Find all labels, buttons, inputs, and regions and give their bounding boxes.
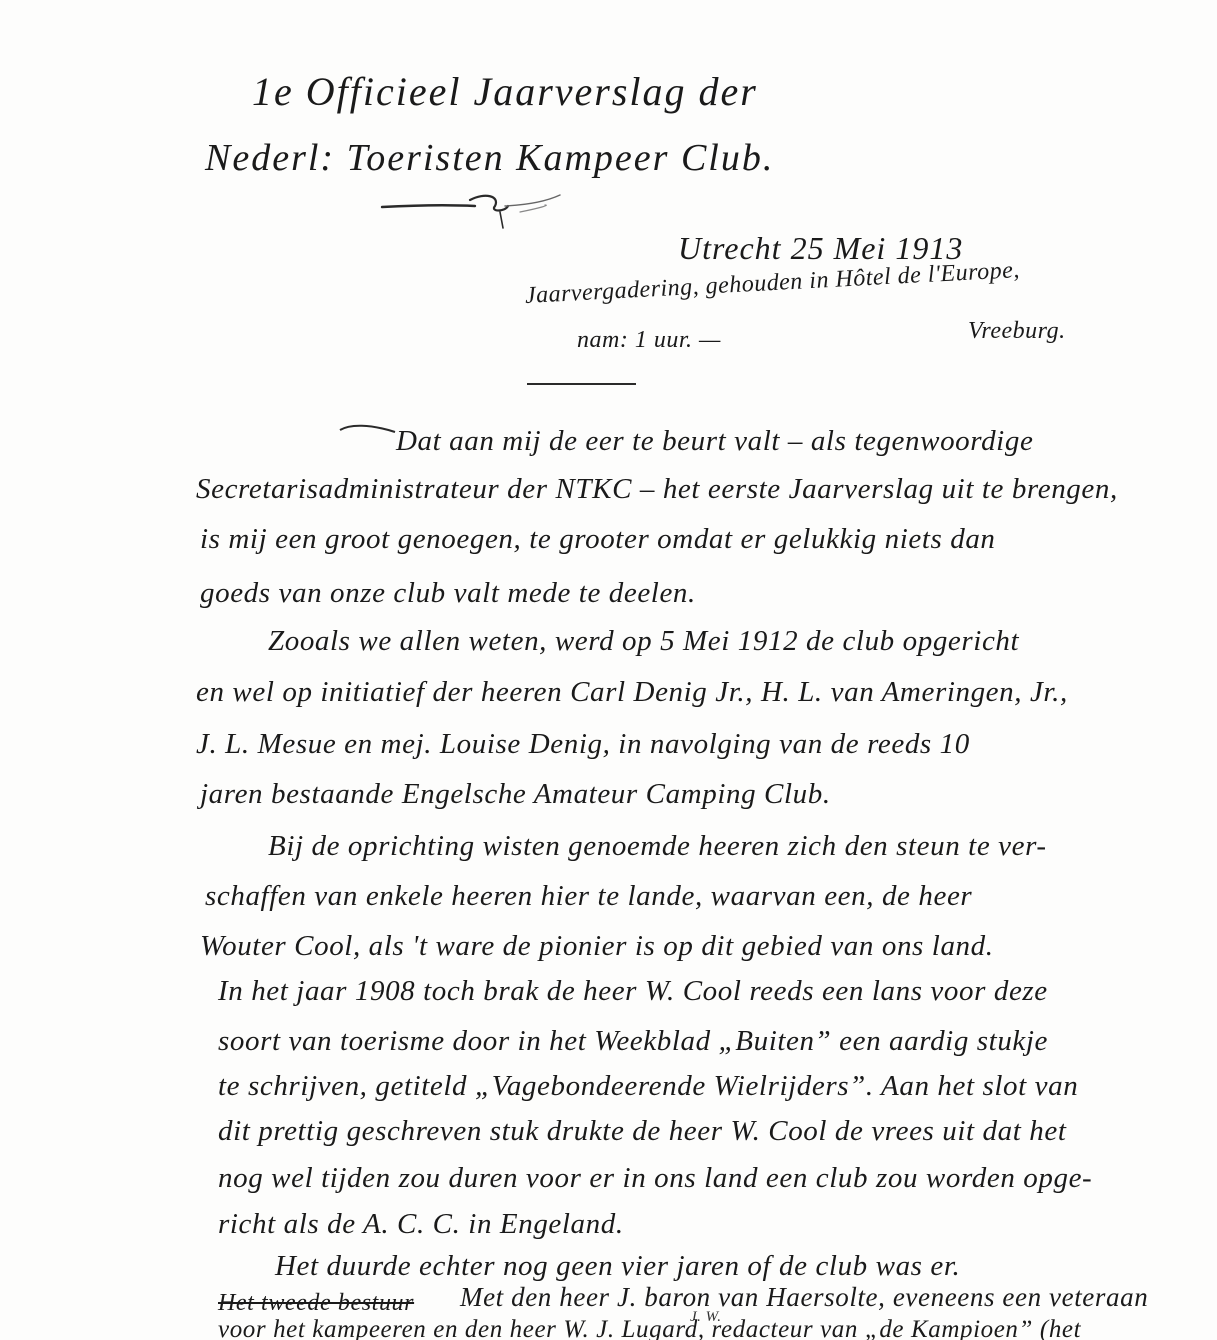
text-line: voor het kampeeren en den heer W. J. Lug…: [218, 1316, 1081, 1340]
text-line: Met den heer J. baron van Haersolte, eve…: [460, 1282, 1148, 1313]
text-line: J. L. Mesue en mej. Louise Denig, in nav…: [196, 728, 970, 761]
text-line: Het duurde echter nog geen vier jaren of…: [275, 1250, 960, 1283]
text-line: schaffen van enkele heeren hier te lande…: [205, 880, 972, 913]
text-line: jaren bestaande Engelsche Amateur Campin…: [200, 778, 831, 811]
text-line: Dat aan mij de eer te beurt valt – als t…: [396, 425, 1033, 458]
struck-through-text: Het tweede bestuur: [218, 1290, 414, 1317]
document-title: 1e Officieel Jaarverslag der: [252, 68, 758, 115]
text-line: richt als de A. C. C. in Engeland.: [218, 1208, 624, 1241]
text-line: is mij een groot genoegen, te grooter om…: [200, 523, 996, 556]
scanned-document-page: 1e Officieel Jaarverslag der Nederl: Toe…: [0, 0, 1217, 1340]
text-line: soort van toerisme door in het Weekblad …: [218, 1025, 1048, 1058]
paragraph-opening-stroke: [340, 426, 395, 432]
text-line: Wouter Cool, als 't ware de pionier is o…: [200, 930, 994, 963]
text-line: en wel op initiatief der heeren Carl Den…: [196, 676, 1068, 709]
text-line: In het jaar 1908 toch brak de heer W. Co…: [218, 975, 1048, 1008]
document-subtitle: Nederl: Toeristen Kampeer Club.: [205, 136, 774, 180]
heading-flourish: [382, 195, 560, 228]
text-line: te schrijven, getiteld „Vagebondeerende …: [218, 1070, 1078, 1103]
text-line: goeds van onze club valt mede te deelen.: [200, 577, 696, 610]
text-line: Secretarisadministrateur der NTKC – het …: [196, 473, 1118, 506]
text-line: Zooals we allen weten, werd op 5 Mei 191…: [268, 625, 1019, 658]
text-line: nog wel tijden zou duren voor er in ons …: [218, 1162, 1092, 1195]
meeting-time: nam: 1 uur. —: [577, 327, 721, 354]
text-line: Bij de oprichting wisten genoemde heeren…: [268, 830, 1047, 863]
text-line: dit prettig geschreven stuk drukte de he…: [218, 1115, 1067, 1148]
meeting-street: Vreeburg.: [968, 318, 1066, 345]
